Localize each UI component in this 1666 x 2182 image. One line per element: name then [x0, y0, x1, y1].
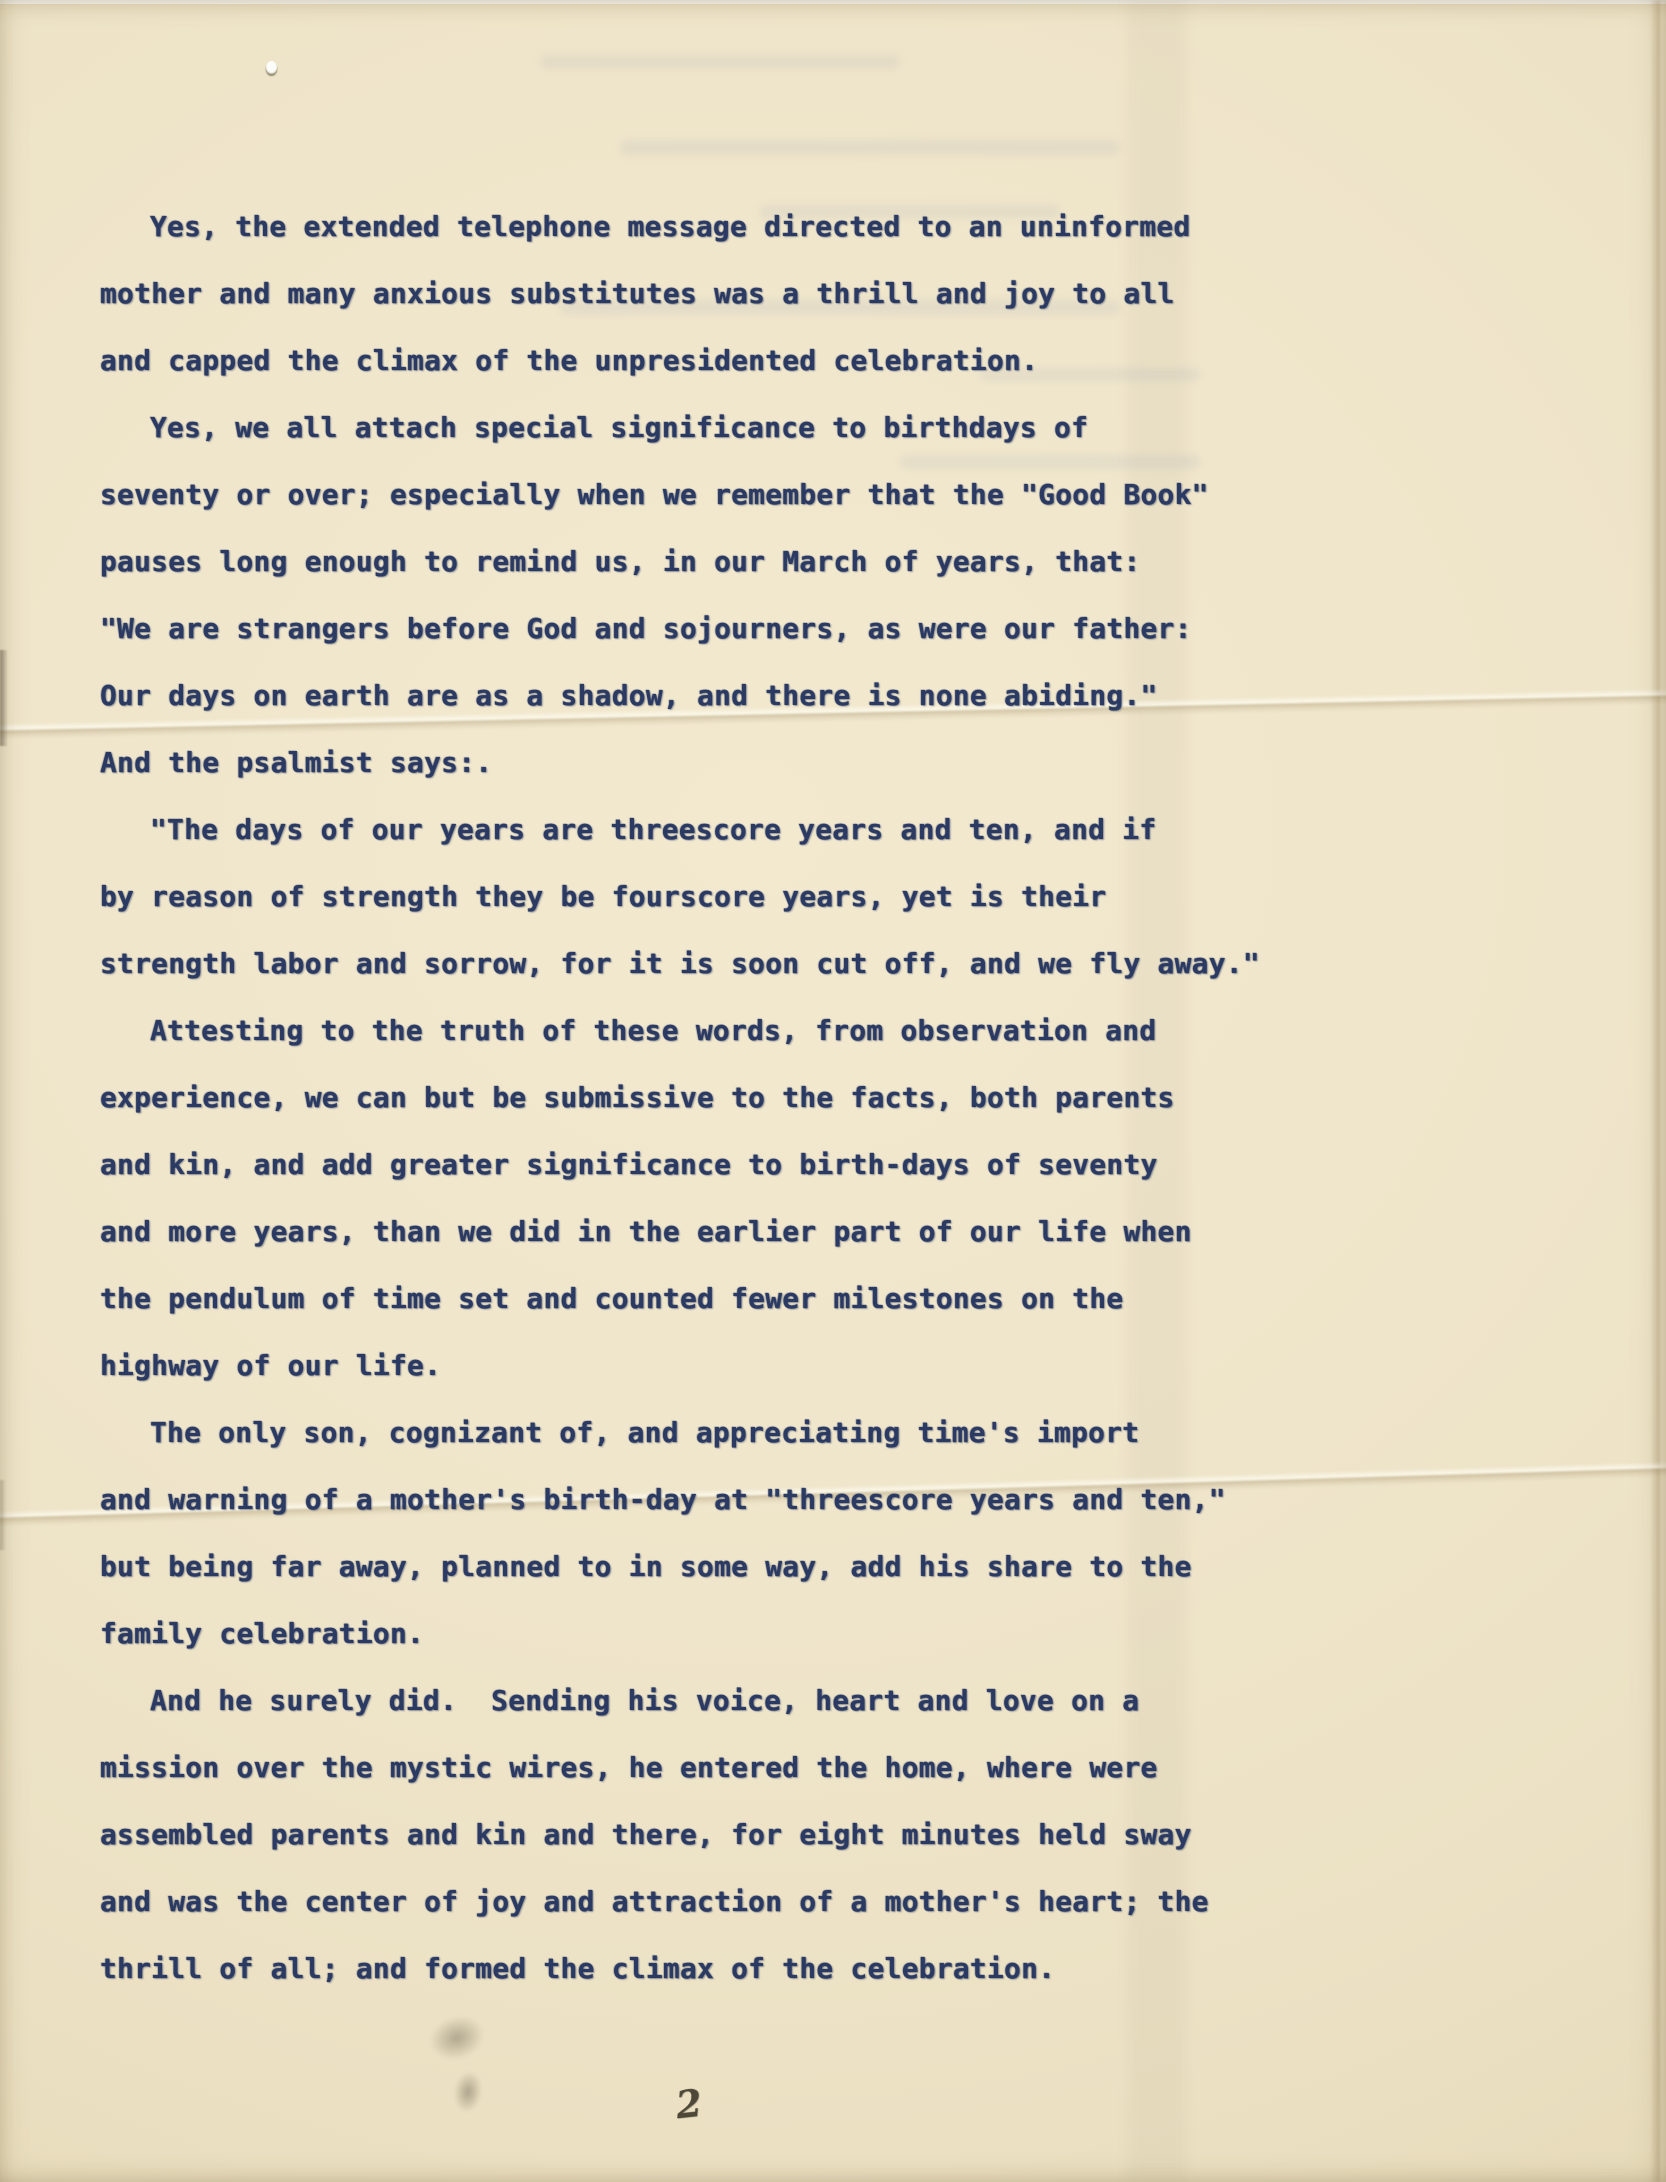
typewritten-line: pauses long enough to remind us, in our …	[100, 528, 1620, 595]
text-block: Yes, the extended telephone message dire…	[100, 193, 1620, 2002]
typewritten-line: Attesting to the truth of these words, f…	[100, 997, 1620, 1064]
typewritten-line: family celebration.	[100, 1600, 1620, 1667]
page-number: 2	[674, 2081, 704, 2127]
ghost-impression	[540, 55, 900, 69]
typewritten-line: mother and many anxious substitutes was …	[100, 260, 1620, 327]
typewritten-line: strength labor and sorrow, for it is soo…	[100, 930, 1620, 997]
typewritten-line: highway of our life.	[100, 1332, 1620, 1399]
typewritten-line: and capped the climax of the unpresident…	[100, 327, 1620, 394]
typewritten-line: thrill of all; and formed the climax of …	[100, 1935, 1620, 2002]
ghost-impression	[620, 140, 1120, 155]
typewritten-line: And he surely did. Sending his voice, he…	[100, 1667, 1620, 1734]
typewritten-line: and was the center of joy and attraction…	[100, 1868, 1620, 1935]
paper-edge-shadow	[0, 650, 8, 746]
typewritten-line: Yes, we all attach special significance …	[100, 394, 1620, 461]
typewritten-line: experience, we can but be submissive to …	[100, 1064, 1620, 1131]
typewritten-line: Yes, the extended telephone message dire…	[100, 193, 1620, 260]
typewritten-line: And the psalmist says:.	[100, 729, 1620, 796]
typewritten-line: mission over the mystic wires, he entere…	[100, 1734, 1620, 1801]
paper-right-edge	[1650, 0, 1660, 2182]
typewritten-line: "The days of our years are threescore ye…	[100, 796, 1620, 863]
typewritten-line: by reason of strength they be fourscore …	[100, 863, 1620, 930]
typewritten-line: and warning of a mother's birth-day at "…	[100, 1466, 1620, 1533]
pencil-smudge	[444, 2060, 492, 2125]
scan-edge	[0, 0, 1666, 4]
typewritten-line: The only son, cognizant of, and apprecia…	[100, 1399, 1620, 1466]
paper-edge-shadow	[0, 1480, 6, 1550]
typewritten-line: "We are strangers before God and sojourn…	[100, 595, 1620, 662]
paper-flaw	[266, 61, 277, 74]
letter-page: Yes, the extended telephone message dire…	[0, 0, 1666, 2182]
typewritten-line: assembled parents and kin and there, for…	[100, 1801, 1620, 1868]
typewritten-line: and kin, and add greater significance to…	[100, 1131, 1620, 1198]
typewritten-line: but being far away, planned to in some w…	[100, 1533, 1620, 1600]
typewritten-line: the pendulum of time set and counted few…	[100, 1265, 1620, 1332]
typewritten-line: and more years, than we did in the earli…	[100, 1198, 1620, 1265]
typewritten-line: Our days on earth are as a shadow, and t…	[100, 662, 1620, 729]
typewritten-line: seventy or over; especially when we reme…	[100, 461, 1620, 528]
